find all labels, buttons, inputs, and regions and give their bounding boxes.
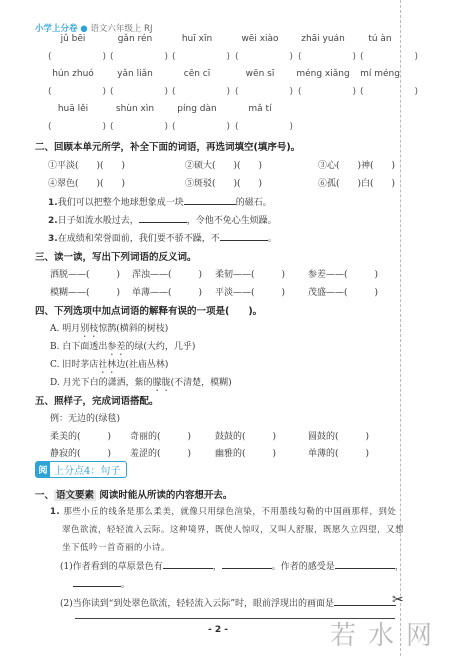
antonym-item[interactable]: 洒脱——( ) [50, 267, 120, 280]
option-d[interactable]: D. 月光下白的潇洒，紫的朦胧(不清楚，模糊) [50, 375, 232, 394]
antonym-item[interactable]: 平淡——( ) [215, 285, 285, 298]
subtitle: 语文六年级上 RJ [90, 24, 152, 34]
pinyin: cēn cī [162, 69, 232, 79]
answer-box[interactable]: () [172, 87, 230, 97]
antonym-item[interactable]: 参差——( ) [308, 267, 378, 280]
answer-box[interactable]: () [110, 87, 168, 97]
option-a[interactable]: A. 明月别枝惊鹊(横斜的树枝) [50, 321, 168, 340]
passage-line-1: 1. 那些小丘的线条是那么柔美，就像只用绿色渲染，不用墨线勾勒的中国画那样，到处 [50, 505, 396, 517]
answer-blank[interactable] [163, 560, 213, 569]
answer-box[interactable]: () [235, 52, 293, 62]
cut-line [400, 0, 401, 656]
answer-box[interactable]: () [360, 87, 418, 97]
pinyin: mí méng [345, 69, 415, 79]
antonym-item[interactable]: 茂盛——( ) [308, 285, 378, 298]
collocation-item[interactable]: 圆鼓的( ) [308, 429, 369, 442]
pinyin: tú àn [345, 34, 415, 44]
pinyin: wēi xiào [225, 34, 295, 44]
answer-blank[interactable] [220, 232, 268, 241]
answer-box[interactable]: () [172, 122, 230, 132]
answer-box[interactable]: () [48, 52, 106, 62]
collocation-item[interactable]: 奇丽的( ) [130, 429, 191, 442]
answer-box[interactable]: () [360, 52, 418, 62]
passage-line-2: 翠色欲流，轻轻流入云际。这种境界，既使人惊叹，又叫人舒服，既愿久立四望，又想 [62, 523, 404, 535]
scissors-icon: ✂ [392, 592, 404, 608]
antonym-item[interactable]: 单薄——( ) [132, 285, 202, 298]
answer-box[interactable]: () [48, 122, 106, 132]
option-b[interactable]: B. 白下面透出参差的绿(大约，几乎) [50, 339, 195, 358]
bullet-icon: ● [80, 24, 87, 34]
pinyin: shùn xìn [100, 104, 170, 114]
word-item-2[interactable]: ②硕大( )( ) [185, 158, 262, 171]
pinyin: mǎ tí [225, 104, 295, 114]
answer-box[interactable]: () [298, 87, 356, 97]
brand-label: 小学上分卷 [35, 24, 78, 34]
keypoint-badge: 阅 上分点4：句子 [35, 461, 127, 478]
collocation-item[interactable]: 羞涩的( ) [130, 446, 191, 459]
watermark: 若水网 [330, 615, 444, 652]
passage-line-3: 坐下低吟一首奇丽的小诗。 [62, 541, 170, 553]
fill-sentence-1: 1.我们可以把整个地球想象成一块的磁石。 [48, 195, 272, 208]
collocation-item[interactable]: 静寂的( ) [50, 446, 111, 459]
pinyin: jǔ bēi [38, 34, 108, 44]
answer-blank[interactable] [334, 597, 396, 606]
collocation-item[interactable]: 幽雅的( ) [215, 446, 276, 459]
section-2-title: 二、回顾本单元所学，补全下面的词语，再选词填空(填序号)。 [35, 139, 300, 153]
antonym-item[interactable]: 模糊——( ) [50, 285, 120, 298]
answer-box[interactable]: () [298, 52, 356, 62]
answer-box[interactable]: () [235, 122, 293, 132]
answer-box[interactable]: () [235, 87, 293, 97]
keypoint-label: 上分点4：句子 [54, 462, 120, 477]
answer-blank[interactable] [73, 578, 121, 587]
question-1: (1)作者看到的草原景色有，。作者的感受是， [60, 559, 404, 572]
word-item-6[interactable]: ⑥孤( )白( ) [318, 176, 395, 189]
answer-blank[interactable] [184, 196, 236, 205]
page-header: 小学上分卷 ● 语文六年级上 RJ [35, 22, 152, 34]
page-number: - 2 - [208, 625, 228, 635]
section-4-title: 四、下列选项中加点词语的解释有误的一项是( )。 [35, 303, 262, 317]
keypoint-icon: 阅 [36, 462, 50, 477]
word-item-4[interactable]: ④翠色( )( ) [48, 176, 125, 189]
collocation-item[interactable]: 柔美的( ) [50, 429, 111, 442]
fill-sentence-2: 2.日子如流水般过去，，令他不免心生烦躁。 [48, 213, 277, 226]
question-1-cont: 。 [73, 577, 130, 590]
example-text: 例：无边的(绿毯) [50, 411, 120, 424]
answer-blank[interactable] [139, 214, 187, 223]
pinyin: hún zhuó [38, 69, 108, 79]
word-item-1[interactable]: ①平淡( )( ) [48, 158, 125, 171]
fill-sentence-3: 3.在成绩和荣誉面前，我们要不骄不躁，不。 [48, 231, 277, 244]
pinyin: píng dàn [162, 104, 232, 114]
section-5-title: 五、照样子，完成词语搭配。 [35, 393, 159, 407]
answer-blank[interactable] [222, 560, 272, 569]
section-3-title: 三、读一读，写出下列词语的反义词。 [35, 249, 197, 263]
answer-box[interactable]: () [110, 122, 168, 132]
word-item-3[interactable]: ③心( )神( ) [318, 158, 395, 171]
answer-box[interactable]: () [110, 52, 168, 62]
literacy-tag: 语文要素 [54, 490, 96, 501]
reading-title: 一、语文要素 阅读时能从所读的内容想开去。 [35, 487, 232, 501]
question-2: (2)当你读到“到处翠色欲流，轻轻流入云际”时，眼前浮现出的画面是 [60, 596, 396, 609]
pinyin: wēn sī [225, 69, 295, 79]
antonym-item[interactable]: 浑浊——( ) [132, 267, 202, 280]
pinyin: yǎn liǎn [100, 69, 170, 79]
answer-box[interactable]: () [48, 87, 106, 97]
option-c[interactable]: C. 旧时茅店社林边(社庙丛林) [50, 357, 168, 376]
answer-box[interactable]: () [172, 52, 230, 62]
answer-blank[interactable] [335, 560, 395, 569]
antonym-item[interactable]: 柔韧——( ) [215, 267, 285, 280]
pinyin: huā lěi [38, 104, 108, 114]
collocation-item[interactable]: 单薄的( ) [308, 446, 369, 459]
pinyin: huī xīn [162, 34, 232, 44]
pinyin: gǎn rén [100, 34, 170, 44]
word-item-5[interactable]: ⑤斑驳( )( ) [185, 176, 262, 189]
collocation-item[interactable]: 鼓鼓的( ) [215, 429, 276, 442]
